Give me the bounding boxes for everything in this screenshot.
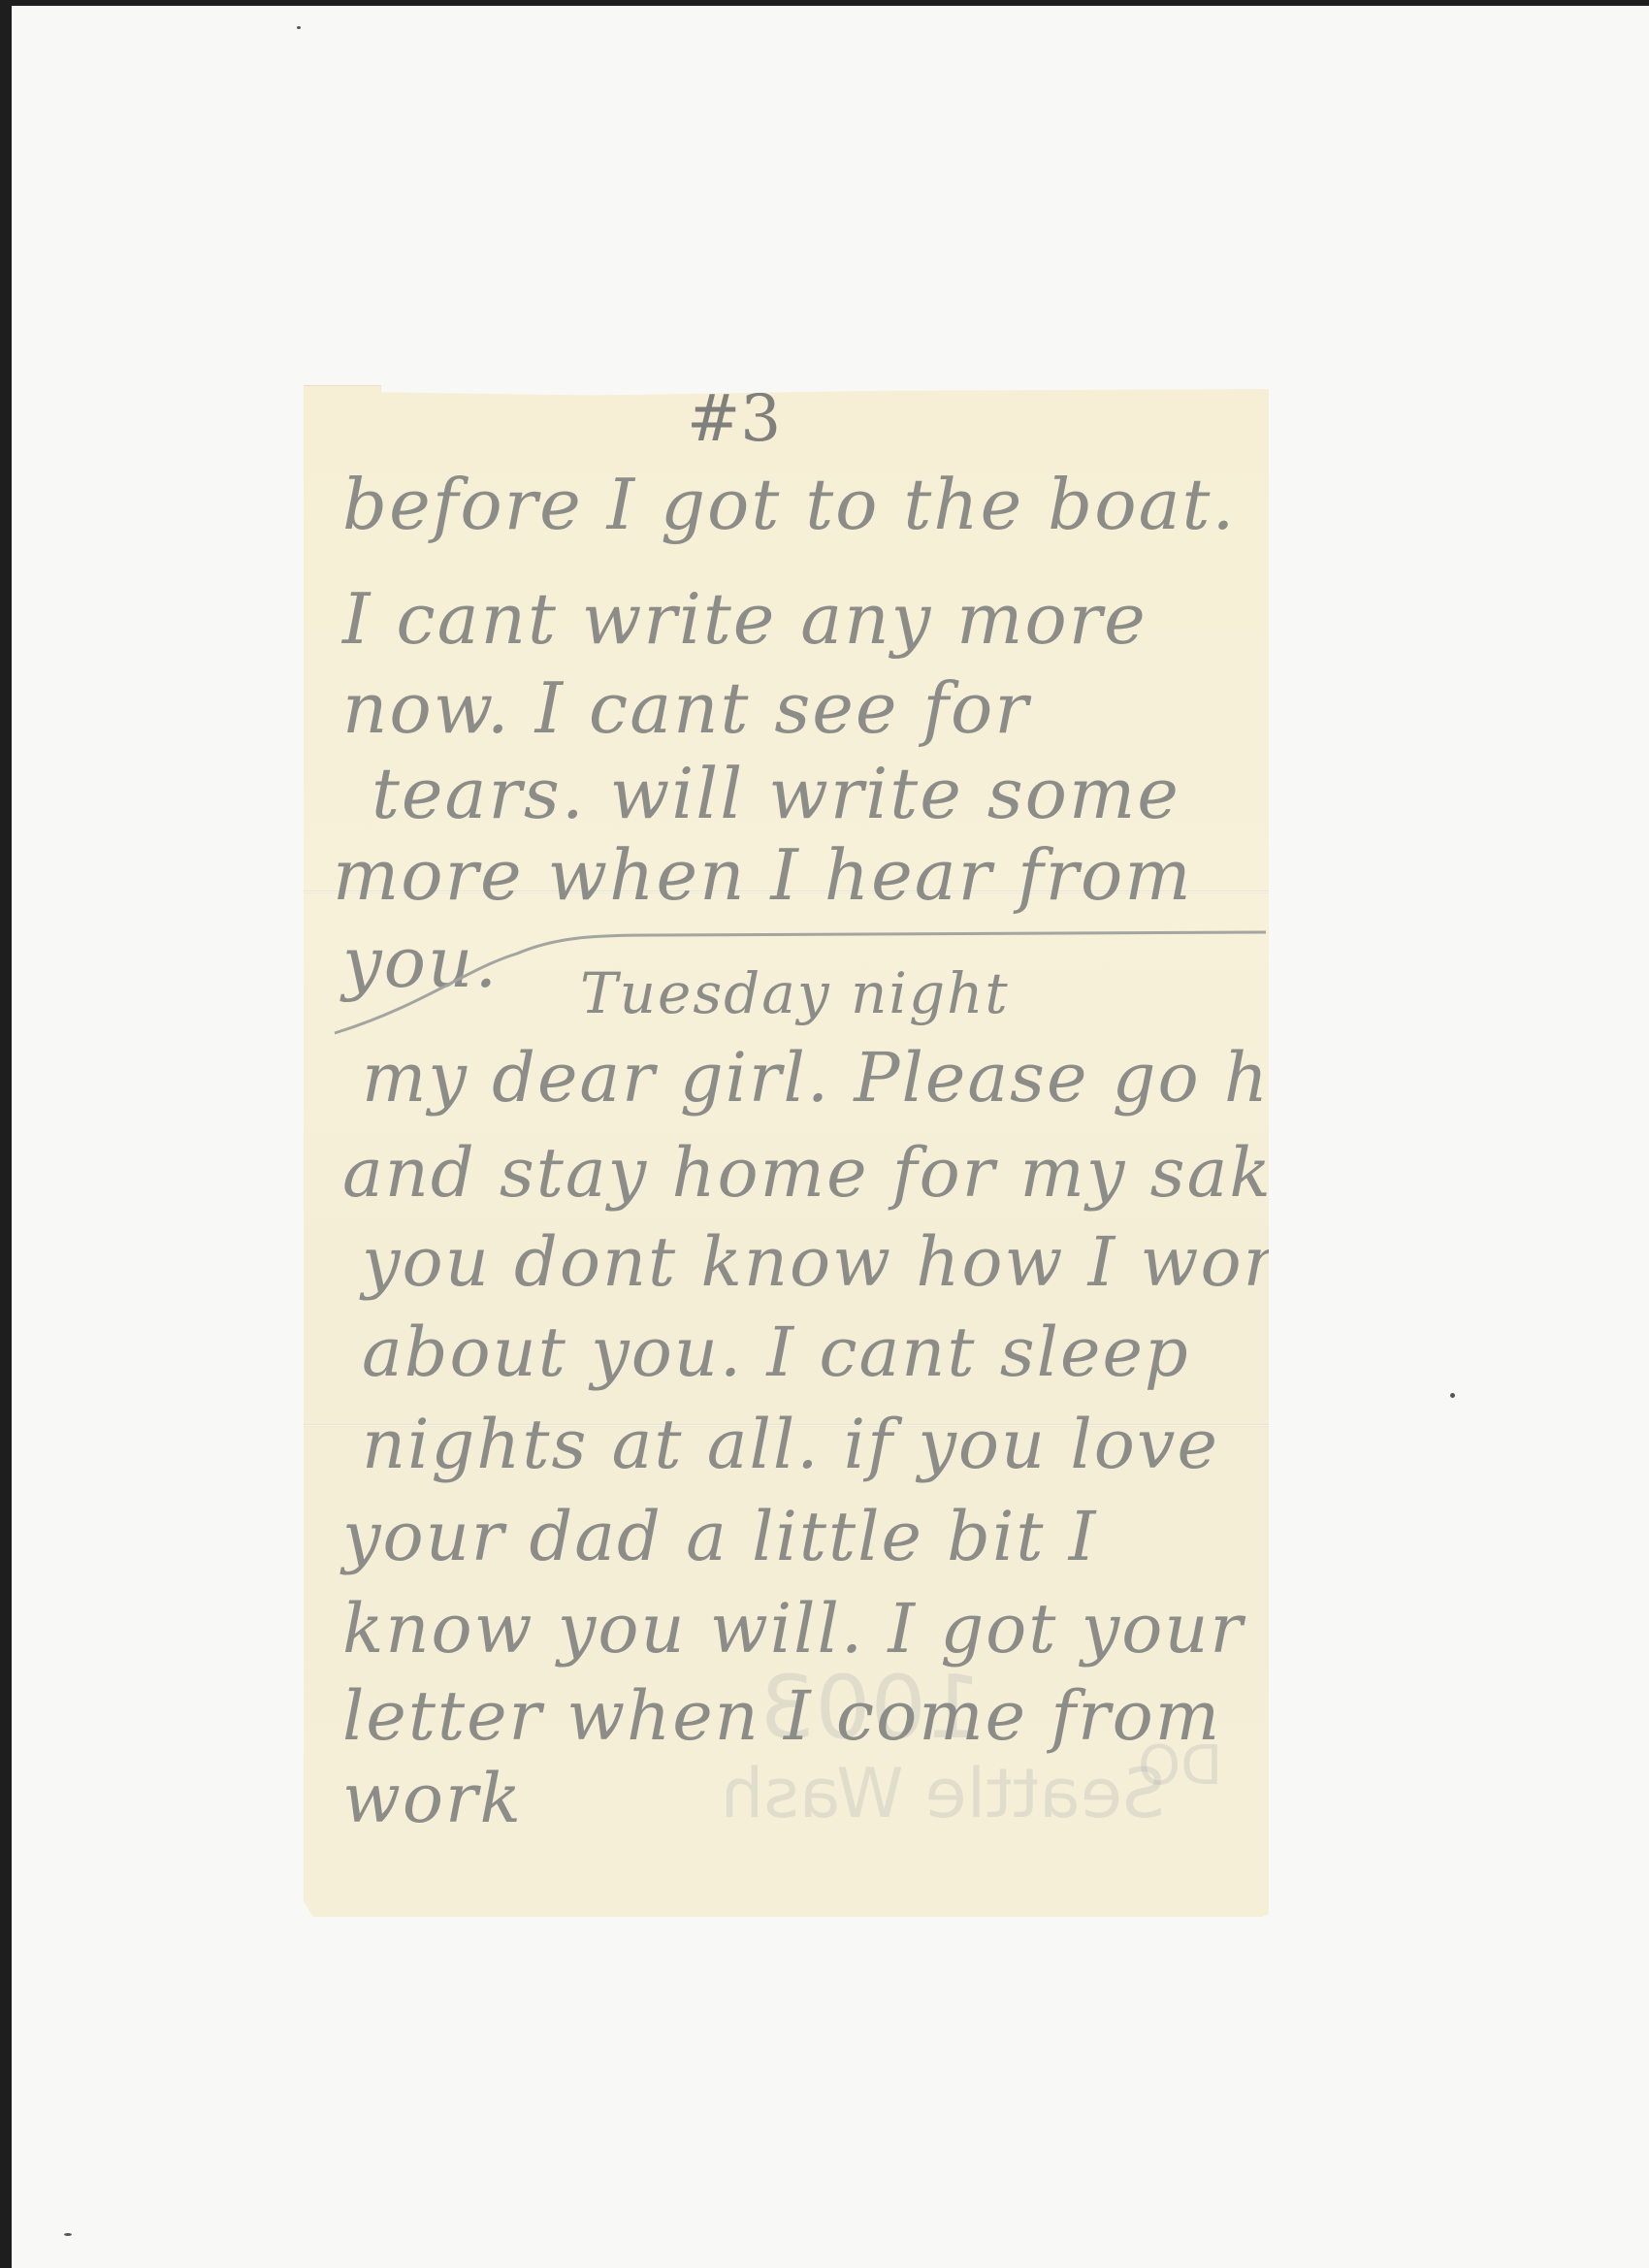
letter-line: you dont know how I worry (362, 1222, 1352, 1302)
scan-border-top (0, 0, 1649, 6)
letter-page: 1003 Seattle Wash DO #3 before I got to … (304, 386, 1269, 1917)
letter-line: you. (342, 922, 499, 1003)
letter-line: your dad a little bit I (342, 1497, 1097, 1576)
page-number: #3 (687, 381, 781, 456)
date-heading: Tuesday night (580, 960, 1010, 1026)
letter-line: more when I hear from (333, 834, 1193, 916)
letter-line: I cant write any more (342, 578, 1148, 660)
letter-line: now. I cant see for (342, 667, 1030, 749)
scan-border-left (0, 0, 12, 2268)
letter-line: work (342, 1759, 523, 1838)
letter-line: tears. will write some (372, 753, 1180, 834)
bleed-through-text: Seattle Wash (721, 1754, 1166, 1833)
letter-line: know you will. I got your (342, 1589, 1245, 1669)
letter-line: about you. I cant sleep (362, 1312, 1190, 1392)
letter-line: letter when I come from (342, 1676, 1221, 1756)
letter-line: before I got to the boat. (342, 464, 1236, 545)
letter-line: nights at all. if you love (362, 1405, 1219, 1484)
speck (297, 26, 301, 29)
speck (1450, 1393, 1455, 1398)
letter-line: and stay home for my sake (342, 1133, 1314, 1213)
letter-line: my dear girl. Please go home (362, 1038, 1421, 1118)
speck (64, 2233, 72, 2236)
